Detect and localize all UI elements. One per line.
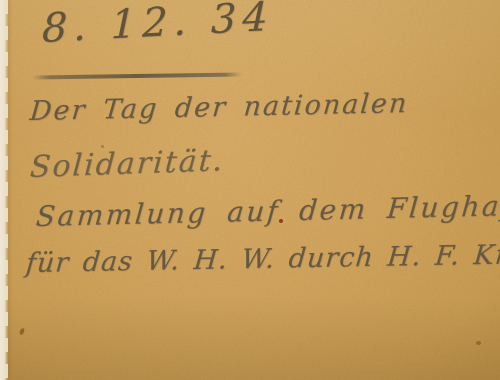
paper-speck [19, 327, 26, 335]
note-line-2: Solidarität. [29, 143, 226, 185]
note-line-4: für das W. H. W. durch H. F. Krath [25, 239, 500, 279]
deckled-paper-edge [0, 0, 8, 380]
paper-grain-texture [0, 0, 500, 380]
paper-speck [279, 219, 283, 223]
paper-speck [476, 341, 481, 345]
date-underline [32, 73, 242, 80]
note-line-1: Der Tag der nationalen [29, 88, 410, 127]
note-card: 8. 12. 34 Der Tag der nationalen Solidar… [0, 0, 500, 380]
date-text: 8. 12. 34 [42, 0, 275, 52]
paper-speck [101, 145, 104, 148]
note-line-3: Sammlung auf dem Flughafen [35, 188, 500, 233]
